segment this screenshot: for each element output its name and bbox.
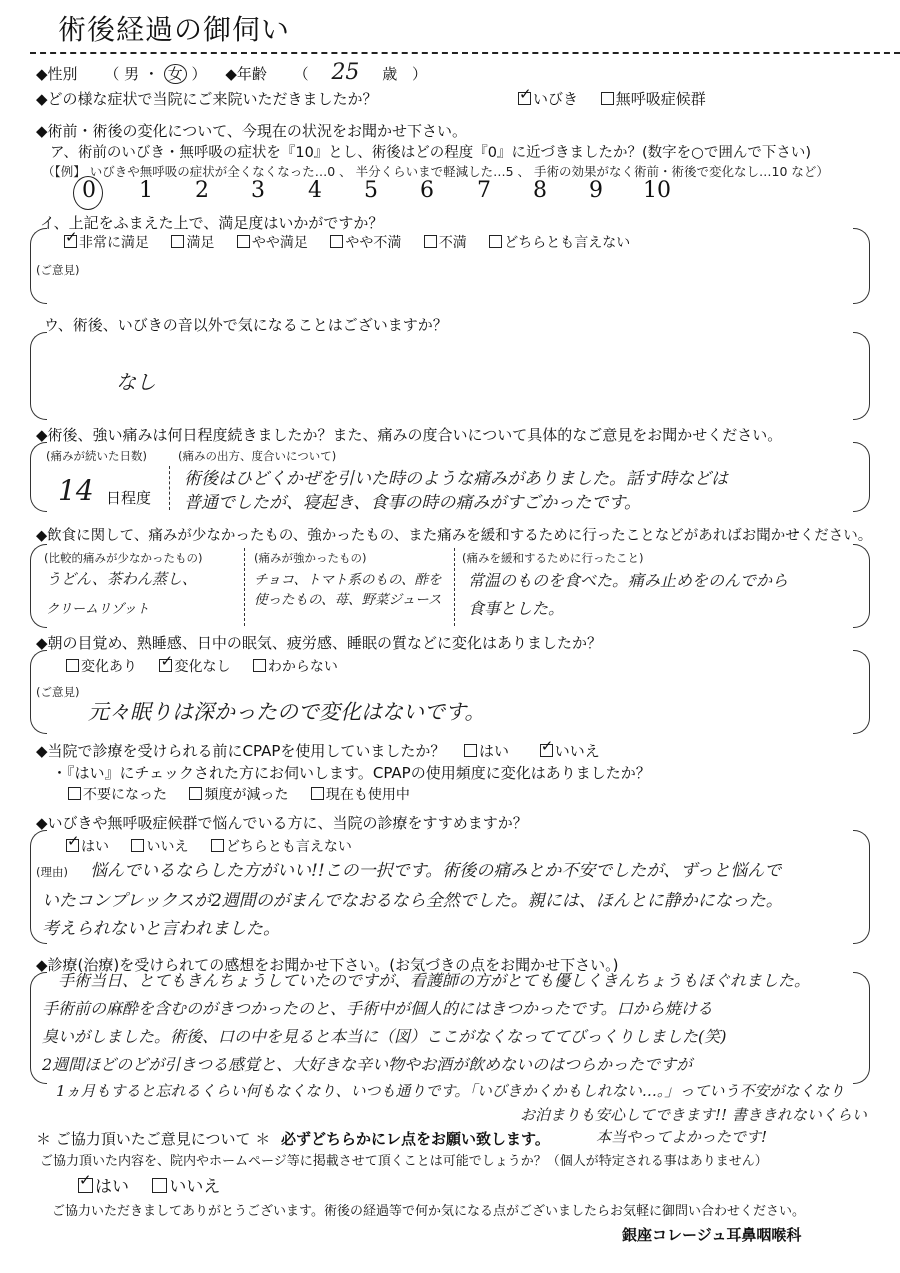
scale-4[interactable]: 4 — [308, 178, 322, 203]
cpap-still-using[interactable]: 現在も使用中 — [311, 784, 410, 804]
recommend-reason-line2[interactable]: いたコンプレックスが2週間のがまんでなおるなら全然でした。親には、ほんとに静かに… — [42, 886, 783, 911]
checkbox-checked-icon — [78, 1178, 93, 1193]
checkbox-checked-icon — [66, 839, 79, 852]
cpap-followup-options: 不要になった 頻度が減った 現在も使用中 — [68, 784, 428, 804]
pain-divider — [169, 466, 170, 510]
scale-10[interactable]: 10 — [643, 178, 671, 203]
symptom-option-apnea[interactable]: 無呼吸症候群 — [601, 88, 706, 109]
recommend-no[interactable]: いいえ — [131, 836, 188, 856]
scale-9[interactable]: 9 — [589, 178, 603, 203]
checkbox-checked-icon — [540, 744, 553, 757]
consent-heading-bold: 必ずどちらかにレ点をお願い致します。 — [281, 1130, 550, 1148]
profile-row: ◆性別 （ 男 ・ 女 ） ◆年齢 （ 25 歳 ） — [36, 60, 427, 85]
checkbox-icon — [464, 744, 477, 757]
food-divider-1 — [244, 548, 245, 626]
symptom-question: ◆どの様な症状で当院にご来院いただきましたか？ — [36, 88, 378, 109]
other-concerns-answer[interactable]: なし — [116, 366, 156, 395]
food-col1-line1[interactable]: うどん、茶わん蒸し、 — [46, 568, 197, 589]
scale-6[interactable]: 6 — [420, 178, 434, 203]
food-col3-line2[interactable]: 食事とした。 — [468, 596, 564, 619]
scale-8[interactable]: 8 — [533, 178, 547, 203]
food-col3-label: (痛みを緩和するために行ったこと) — [462, 550, 643, 566]
clinic-name: 銀座コレージュ耳鼻咽喉科 — [622, 1224, 801, 1245]
recommend-neither[interactable]: どちらとも言えない — [211, 836, 352, 856]
consent-heading-row: ＊ ご協力頂いたご意見について ＊ 必ずどちらかにレ点をお願い致します。 — [36, 1128, 550, 1149]
impressions-line5[interactable]: 1ヵ月もすると忘れるくらい何もなくなり、いつも通りです。「いびきかくかもしれない… — [56, 1080, 844, 1101]
satisfaction-somewhat-satisfied[interactable]: やや満足 — [237, 232, 308, 252]
symptom-options: いびき 無呼吸症候群 — [518, 88, 724, 109]
recommend-reason-label: (理由) — [36, 864, 68, 880]
food-col1-line2[interactable]: クリームリゾット — [46, 598, 149, 617]
recommend-yes[interactable]: はい — [66, 836, 109, 856]
cpap-not-needed[interactable]: 不要になった — [68, 784, 167, 804]
age-value[interactable]: 25 — [331, 60, 359, 85]
checkbox-icon — [489, 235, 502, 248]
sex-option-female[interactable]: 女 — [164, 64, 187, 84]
impressions-line3[interactable]: 臭いがしました。術後、口の中を見ると本当に（図）ここがなくなっててびっくりしまし… — [42, 1024, 727, 1047]
checkbox-icon — [66, 659, 79, 672]
satisfaction-satisfied[interactable]: 満足 — [171, 232, 214, 252]
consent-yes[interactable]: はい — [78, 1172, 129, 1197]
consent-thanks: ご協力いただきましてありがとうございます。術後の経過等で何か気になる点がございま… — [52, 1200, 805, 1219]
pain-detail-line2[interactable]: 普通でしたが、寝起き、食事の時の痛みがすごかったです。 — [184, 488, 641, 513]
food-col2-label: (痛みが強かったもの) — [254, 550, 366, 566]
sex-label: ◆性別 — [36, 65, 78, 83]
age-unit: 歳 — [382, 65, 397, 83]
cpap-yes[interactable]: はい — [464, 740, 509, 761]
satisfaction-neither[interactable]: どちらとも言えない — [489, 232, 630, 252]
page-title: 術後経過の御伺い — [58, 8, 290, 48]
impressions-line2[interactable]: 手術前の麻酔を含むのがきつかったのと、手術中が個人的にはきつかったです。口から焼… — [42, 996, 713, 1019]
cpap-options: はい いいえ — [464, 740, 618, 761]
checkbox-checked-icon — [159, 659, 172, 672]
checkbox-checked-icon — [518, 92, 531, 105]
checkbox-icon — [68, 787, 81, 800]
checkbox-icon — [424, 235, 437, 248]
cpap-reduced[interactable]: 頻度が減った — [189, 784, 288, 804]
checkbox-checked-icon — [64, 235, 77, 248]
satisfaction-very-satisfied[interactable]: 非常に満足 — [64, 232, 149, 252]
checkbox-icon — [171, 235, 184, 248]
checkbox-icon — [311, 787, 324, 800]
pain-detail-line1[interactable]: 術後はひどくかぜを引いた時のような痛みがありました。話す時などは — [184, 464, 728, 489]
change-question: ◆術前・術後の変化について、今現在の状況をお聞かせ下さい。 — [36, 120, 467, 141]
cpap-question: ◆当院で診療を受けられる前にCPAPを使用していましたか？ — [36, 740, 445, 761]
checkbox-icon — [253, 659, 266, 672]
satisfaction-dissatisfied[interactable]: 不満 — [424, 232, 467, 252]
change-example: （【例】 いびきや無呼吸の症状が全くなくなった…0 、 半分くらいまで軽減した…… — [42, 162, 829, 180]
selected-circle-mark — [73, 176, 103, 210]
pain-days-value[interactable]: 14 — [58, 474, 94, 507]
age-label: ◆年齢 — [225, 65, 267, 83]
sleep-changed[interactable]: 変化あり — [66, 656, 137, 676]
consent-question: ご協力頂いた内容を、院内やホームページ等に掲載させて頂くことは可能でしょうか？（… — [40, 1150, 768, 1169]
satisfaction-opinion-label: (ご意見) — [36, 262, 79, 278]
pain-detail-label: (痛みの出方、度合いについて) — [178, 448, 336, 464]
impressions-line1[interactable]: 手術当日、とてもきんちょうしていたのですが、看護師の方がとても優しくきんちょうも… — [58, 968, 810, 991]
pain-days-unit: 日程度 — [106, 487, 151, 508]
recommend-reason-line3[interactable]: 考えられないと言われました。 — [42, 914, 280, 939]
recommend-options: はい いいえ どちらとも言えない — [66, 836, 370, 856]
satisfaction-somewhat-dissatisfied[interactable]: やや不満 — [330, 232, 401, 252]
checkbox-icon — [152, 1178, 167, 1193]
change-sub-a: ア、術前のいびき・無呼吸の症状を『10』とし、術後はどの程度『0』に近づきました… — [50, 141, 811, 162]
scale-7[interactable]: 7 — [477, 178, 491, 203]
recommend-reason-line1[interactable]: 悩んでいるならした方がいい!!この一択です。術後の痛みとか不安でしたが、ずっと悩… — [90, 856, 781, 881]
checkbox-icon — [330, 235, 343, 248]
food-col3-line1[interactable]: 常温のものを食べた。痛み止めをのんでから — [468, 568, 788, 591]
food-col2-line2[interactable]: 使ったもの、苺、野菜ジュース — [254, 588, 442, 608]
checkbox-icon — [601, 92, 614, 105]
consent-heading: ＊ ご協力頂いたご意見について ＊ — [36, 1130, 270, 1148]
food-divider-2 — [454, 548, 455, 626]
consent-options: はい いいえ — [78, 1172, 238, 1197]
sleep-unknown[interactable]: わからない — [253, 656, 338, 676]
food-col1-label: (比較的痛みが少なかったもの) — [44, 550, 202, 566]
food-col2-line1[interactable]: チョコ、トマト系のもの、酢を — [254, 568, 442, 588]
food-question: ◆飲食に関して、痛みが少なかったもの、強かったもの、また痛みを緩和するために行っ… — [36, 524, 872, 545]
sex-option-male[interactable]: 男 — [124, 65, 139, 83]
consent-no[interactable]: いいえ — [152, 1172, 220, 1197]
scale-3[interactable]: 3 — [251, 178, 265, 203]
scale-1[interactable]: 1 — [139, 178, 153, 203]
sleep-unchanged[interactable]: 変化なし — [159, 656, 230, 676]
sleep-options: 変化あり 変化なし わからない — [66, 656, 356, 676]
other-concerns-box — [30, 332, 870, 420]
impressions-line6[interactable]: お泊まりも安心してできます!! 書ききれないくらい — [520, 1104, 867, 1125]
checkbox-icon — [131, 839, 144, 852]
scale-5[interactable]: 5 — [364, 178, 378, 203]
satisfaction-options: 非常に満足 満足 やや満足 やや不満 不満 どちらとも言えない — [64, 232, 648, 252]
sleep-opinion-label: (ご意見) — [36, 684, 79, 700]
title-divider — [30, 52, 900, 54]
cpap-no[interactable]: いいえ — [540, 740, 600, 761]
scale-2[interactable]: 2 — [195, 178, 209, 203]
checkbox-icon — [237, 235, 250, 248]
cpap-followup: ・『はい』にチェックされた方にお伺いします。CPAPの使用頻度に変化はありました… — [52, 762, 651, 783]
impressions-line7[interactable]: 本当やってよかったです! — [596, 1126, 767, 1147]
symptom-option-snoring[interactable]: いびき — [518, 88, 578, 109]
impressions-line4[interactable]: 2週間ほどのどが引きつる感覚と、大好きな辛い物やお酒が飲めないのはつらかったです… — [42, 1052, 692, 1075]
sleep-opinion-field[interactable]: 元々眠りは深かったので変化はないです。 — [88, 696, 485, 726]
pain-days-label: (痛みが続いた日数) — [46, 448, 147, 464]
checkbox-icon — [211, 839, 224, 852]
checkbox-icon — [189, 787, 202, 800]
